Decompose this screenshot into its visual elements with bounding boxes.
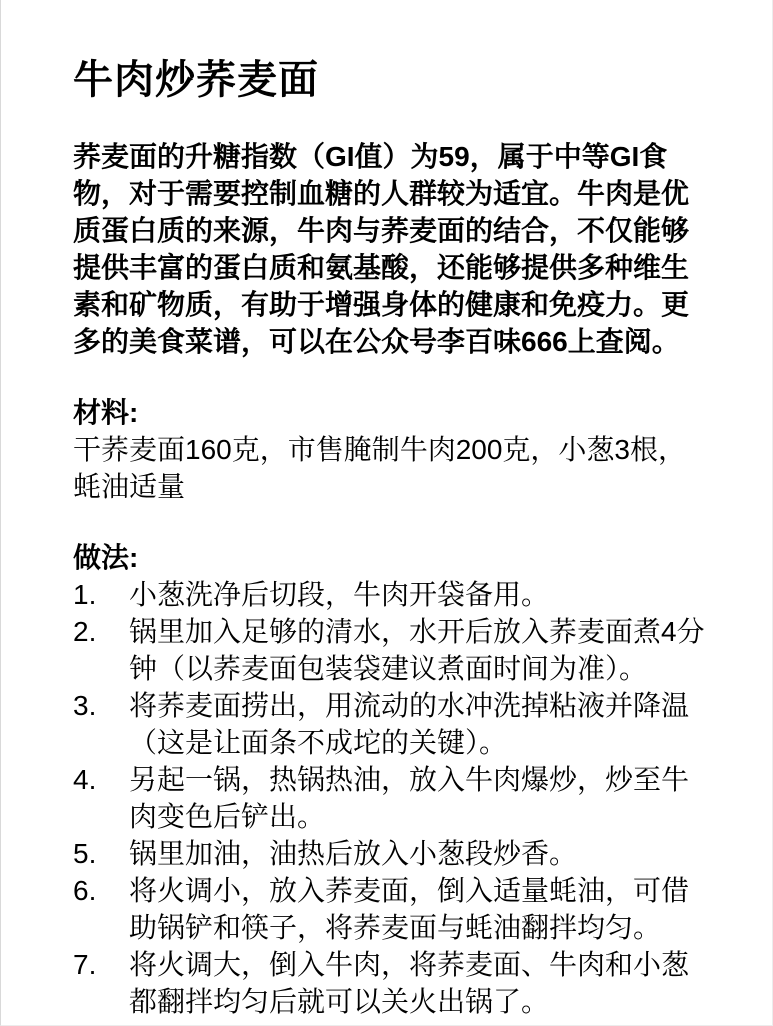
steps-list: 1. 小葱洗净后切段，牛肉开袋备用。 2. 锅里加入足够的清水，水开后放入荞麦面… [73,576,710,1020]
step-number: 2. [73,613,129,687]
step-text: 锅里加油，油热后放入小葱段炒香。 [129,835,710,872]
step-text: 将火调小，放入荞麦面，倒入适量蚝油，可借助锅铲和筷子，将荞麦面与蚝油翻拌均匀。 [129,872,710,946]
step-text: 另起一锅，热锅热油，放入牛肉爆炒，炒至牛肉变色后铲出。 [129,761,710,835]
step-item-4: 4. 另起一锅，热锅热油，放入牛肉爆炒，炒至牛肉变色后铲出。 [73,761,710,835]
step-item-1: 1. 小葱洗净后切段，牛肉开袋备用。 [73,576,710,613]
materials-heading: 材料: [73,394,710,431]
step-item-2: 2. 锅里加入足够的清水，水开后放入荞麦面煮4分钟（以荞麦面包装袋建议煮面时间为… [73,613,710,687]
step-number: 3. [73,687,129,761]
steps-heading: 做法: [73,539,710,576]
step-item-6: 6. 将火调小，放入荞麦面，倒入适量蚝油，可借助锅铲和筷子，将荞麦面与蚝油翻拌均… [73,872,710,946]
step-number: 7. [73,946,129,1020]
step-number: 1. [73,576,129,613]
step-number: 4. [73,761,129,835]
step-text: 将荞麦面捞出，用流动的水冲洗掉粘液并降温（这是让面条不成坨的关键）。 [129,687,710,761]
step-text: 小葱洗净后切段，牛肉开袋备用。 [129,576,710,613]
step-item-3: 3. 将荞麦面捞出，用流动的水冲洗掉粘液并降温（这是让面条不成坨的关键）。 [73,687,710,761]
step-number: 6. [73,872,129,946]
page-title: 牛肉炒荞麦面 [73,56,710,104]
step-text: 将火调大，倒入牛肉，将荞麦面、牛肉和小葱都翻拌均匀后就可以关火出锅了。 [129,946,710,1020]
materials-text: 干荞麦面160克，市售腌制牛肉200克，小葱3根，蚝油适量 [73,431,710,505]
intro-paragraph: 荞麦面的升糖指数（GI值）为59，属于中等GI食物，对于需要控制血糖的人群较为适… [73,138,710,360]
step-item-7: 7. 将火调大，倒入牛肉，将荞麦面、牛肉和小葱都翻拌均匀后就可以关火出锅了。 [73,946,710,1020]
recipe-document: 牛肉炒荞麦面 荞麦面的升糖指数（GI值）为59，属于中等GI食物，对于需要控制血… [0,0,773,1026]
step-text: 锅里加入足够的清水，水开后放入荞麦面煮4分钟（以荞麦面包装袋建议煮面时间为准）。 [129,613,710,687]
step-item-5: 5. 锅里加油，油热后放入小葱段炒香。 [73,835,710,872]
step-number: 5. [73,835,129,872]
